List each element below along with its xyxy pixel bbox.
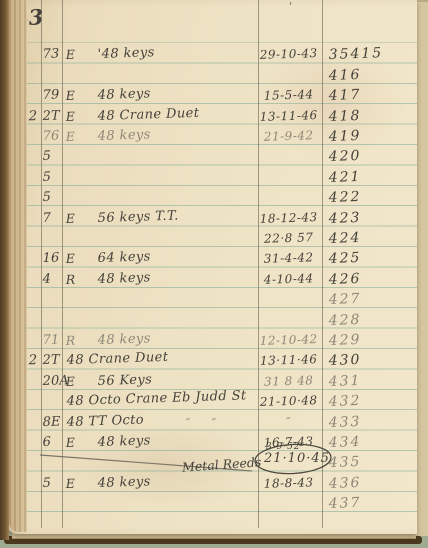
cell-model: 16 bbox=[42, 250, 59, 269]
cell-date: 13-11-46 bbox=[255, 106, 322, 126]
cell-letter: E bbox=[65, 46, 75, 64]
cell-date: 18-8-43 bbox=[255, 473, 322, 493]
cell-letter: E bbox=[65, 87, 75, 105]
cell-serial: 434 bbox=[328, 433, 361, 452]
cell-serial: 422 bbox=[328, 188, 361, 207]
cell-date: 31-4-42 bbox=[255, 248, 322, 268]
ledger-row: 416 bbox=[6, 67, 417, 86]
cell-model: 2T bbox=[42, 107, 60, 126]
cell-date: 22·8 57 bbox=[255, 228, 322, 248]
cell-date: 4-10-44 bbox=[255, 269, 322, 289]
cell-model: 4 bbox=[42, 271, 51, 289]
ditto-mark: ″ bbox=[185, 413, 190, 431]
ledger-row: C122T48 Crane Duet13·11·46430 bbox=[6, 352, 417, 371]
ledger-row: 73E'48 keys29-10-4335415 bbox=[6, 46, 417, 65]
cell-model: 6 bbox=[42, 434, 51, 452]
cell-model: 76 bbox=[42, 127, 59, 146]
cell-model: 5 bbox=[42, 475, 51, 493]
cell-serial: 436 bbox=[328, 474, 361, 493]
ditto-mark: ″ bbox=[211, 413, 216, 431]
cell-date: 21-9-42 bbox=[255, 126, 322, 146]
cell-desc: 56 Keys bbox=[97, 371, 152, 391]
cell-serial: 426 bbox=[328, 270, 361, 289]
cell-serial: 437 bbox=[328, 494, 361, 513]
cell-model: 5 bbox=[42, 169, 51, 187]
cell-letter: E bbox=[65, 209, 75, 227]
cell-serial: 424 bbox=[328, 229, 361, 248]
cell-serial: 432 bbox=[328, 392, 361, 411]
cell-serial: 420 bbox=[328, 147, 361, 166]
ledger-row: 4R48 keys4-10-44426 bbox=[6, 271, 417, 290]
cell-serial: 428 bbox=[328, 310, 361, 329]
cell-serial: 419 bbox=[328, 127, 361, 146]
ledger-row: 427 bbox=[6, 291, 417, 310]
cell-serial: 429 bbox=[328, 331, 361, 350]
cell-desc: 48 keys bbox=[97, 330, 151, 350]
cell-letter: E bbox=[65, 373, 75, 391]
scanned-ledger-page: 43 ' 73E'48 keys29-10-433541541679E48 ke… bbox=[0, 0, 428, 548]
cell-model: 79 bbox=[42, 87, 59, 106]
cell-desc: 48 Crane Duet bbox=[66, 349, 168, 370]
cell-model: 2T bbox=[42, 352, 60, 371]
ledger-row: 5422 bbox=[6, 189, 417, 208]
cell-desc: 48 keys bbox=[97, 126, 151, 146]
cell-serial: 35415 bbox=[328, 44, 383, 64]
cell-desc: 48 keys bbox=[97, 473, 151, 493]
cell-serial: 417 bbox=[328, 86, 361, 105]
cell-desc: '48 keys bbox=[97, 45, 155, 65]
cell-serial: 435 bbox=[328, 453, 361, 472]
cell-date: 31 8 48 bbox=[255, 371, 322, 391]
cell-date: 21-10·48 bbox=[255, 391, 322, 411]
cell-serial: 418 bbox=[328, 106, 361, 125]
ledger-row: 79E48 keys15-5-44417 bbox=[6, 87, 417, 106]
cell-desc: 48 keys bbox=[97, 432, 151, 452]
cell-letter: E bbox=[65, 434, 75, 452]
cell-date: 15-5-44 bbox=[255, 85, 322, 105]
cell-date: 18-12-43 bbox=[255, 208, 322, 228]
ledger-row: 5E48 keys18-8-43436 bbox=[6, 475, 417, 494]
ledger-row: 6E48 keys16-7-43434 bbox=[6, 434, 417, 453]
cell-serial: 423 bbox=[328, 208, 361, 227]
book-spine bbox=[0, 0, 9, 540]
ledger-page: 43 ' 73E'48 keys29-10-433541541679E48 ke… bbox=[6, 0, 417, 534]
cell-model: 7 bbox=[42, 209, 51, 227]
ledger-rows: 73E'48 keys29-10-433541541679E48 keys15-… bbox=[6, 0, 417, 534]
circled-date-main: 21·10·45 bbox=[264, 451, 330, 466]
ledger-row: 5516E64 keys31-4-42425 bbox=[6, 250, 417, 269]
cell-letter: E bbox=[65, 107, 75, 125]
cell-serial: 433 bbox=[328, 412, 361, 431]
cell-model: 8E bbox=[42, 413, 60, 432]
cell-serial: 421 bbox=[328, 168, 361, 187]
ledger-row: 2871R48 keys12-10-42429 bbox=[6, 332, 417, 351]
cell-desc: 48 Crane Duet bbox=[97, 104, 199, 125]
ledger-row: 5421 bbox=[6, 169, 417, 188]
ledger-row: 428 bbox=[6, 312, 417, 331]
ledger-row: 437 bbox=[6, 495, 417, 514]
cell-serial: 416 bbox=[328, 66, 361, 85]
ledger-row: 1776E48 keys21-9-42419 bbox=[6, 128, 417, 147]
cell-letter: R bbox=[65, 332, 75, 350]
cell-serial: 427 bbox=[328, 290, 361, 309]
cell-desc: 64 keys bbox=[97, 249, 151, 269]
ledger-row: C122TE48 Crane Duet13-11-46418 bbox=[6, 108, 417, 127]
cell-desc: 48 TT Octo bbox=[66, 411, 144, 431]
ledger-row: 48 Octo Crane Eb Judd St21-10·48432 bbox=[6, 393, 417, 412]
ledger-row: 22·8 57424 bbox=[6, 230, 417, 249]
cell-serial: 425 bbox=[328, 249, 361, 268]
cell-model: 5 bbox=[42, 148, 51, 166]
cell-model: 71 bbox=[42, 331, 59, 350]
cell-date: 12-10-42 bbox=[255, 330, 322, 350]
cell-letter: E bbox=[65, 250, 75, 268]
cell-date: 29-10-43 bbox=[255, 44, 322, 64]
cell-serial: 431 bbox=[328, 372, 361, 391]
cell-letter: R bbox=[65, 271, 75, 289]
cell-date: ″ bbox=[255, 412, 322, 432]
cell-letter: E bbox=[65, 128, 75, 146]
ledger-row: 5420 bbox=[6, 148, 417, 167]
cell-date: 13·11·46 bbox=[255, 350, 322, 370]
cell-desc: 48 keys bbox=[97, 86, 151, 106]
cell-desc: 48 keys bbox=[97, 269, 151, 289]
cell-model: 73 bbox=[42, 46, 59, 65]
cell-letter: E bbox=[65, 475, 75, 493]
cell-desc: 56 keys T.T. bbox=[97, 207, 179, 228]
cell-serial: 430 bbox=[328, 351, 361, 370]
cell-model: 5 bbox=[42, 189, 51, 207]
ledger-row: 8E48 TT Octo″433″″ bbox=[6, 414, 417, 433]
ledger-row: 7E56 keys T.T.18-12-43423 bbox=[6, 210, 417, 229]
binding-edge bbox=[9, 0, 27, 532]
